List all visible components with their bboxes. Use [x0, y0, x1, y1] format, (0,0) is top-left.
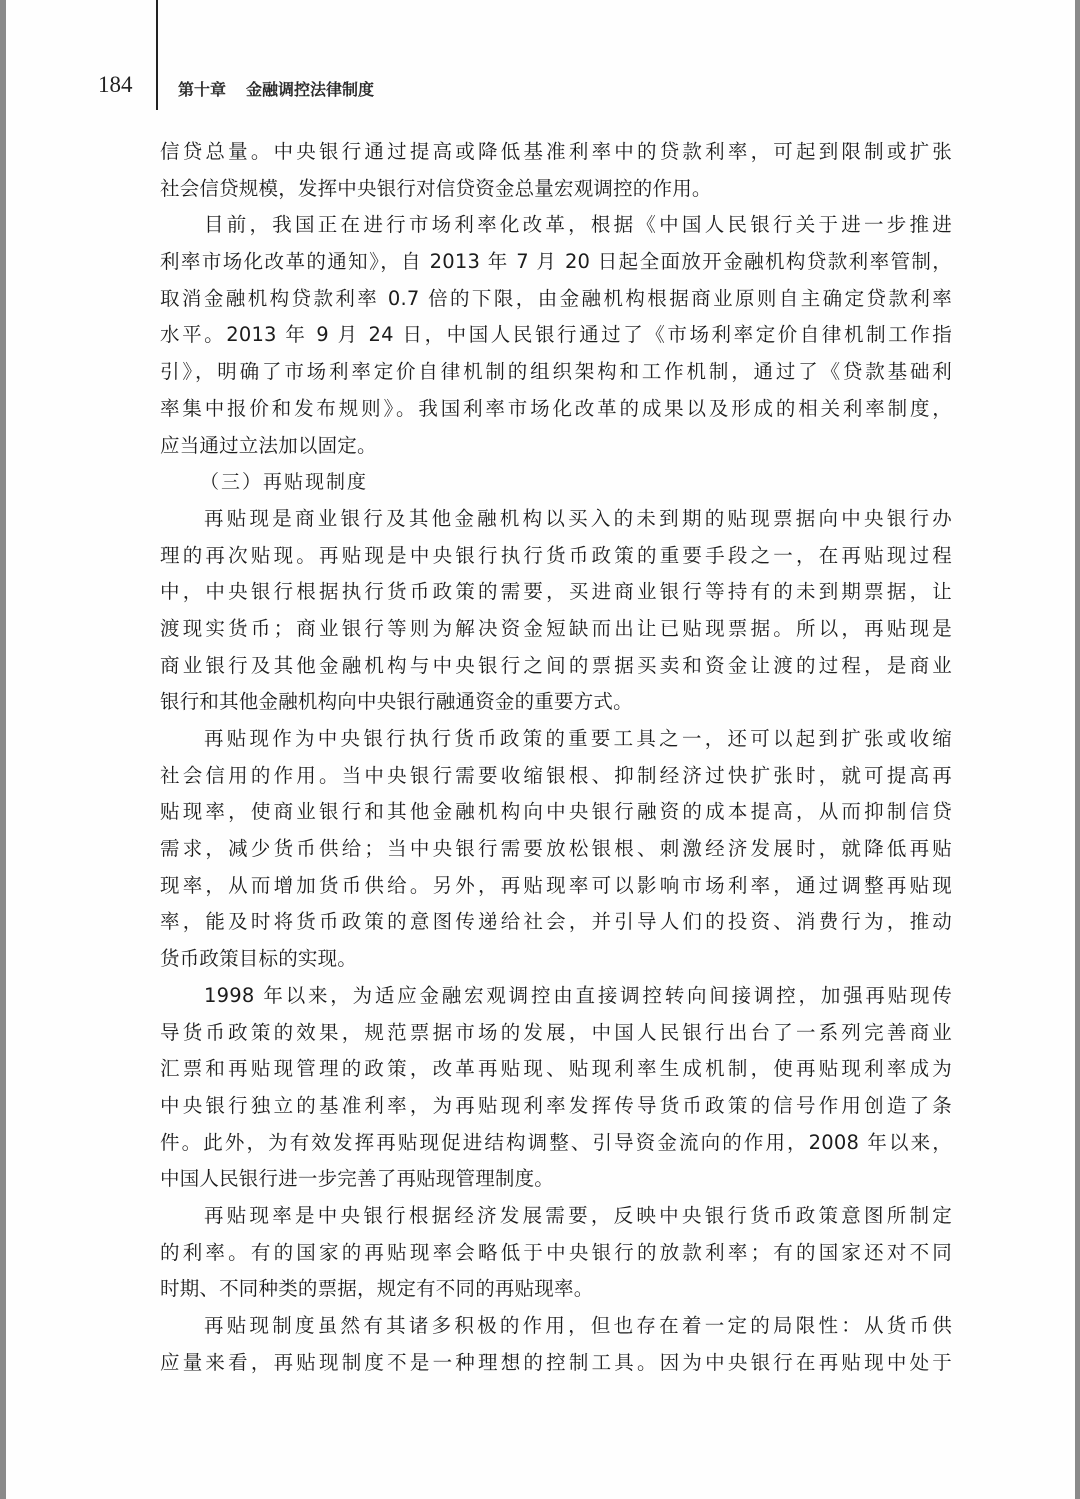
text-line: 商业银行及其他金融机构与中央银行之间的票据买卖和资金让渡的过程，是商业: [160, 648, 952, 685]
text-line: 需求，减少货币供给；当中央银行需要放松银根、刺激经济发展时，就降低再贴: [160, 831, 952, 868]
text-line: 时期、不同种类的票据，规定有不同的再贴现率。: [160, 1271, 952, 1308]
text-line: 目前，我国正在进行市场利率化改革，根据《中国人民银行关于进一步推进: [160, 207, 952, 244]
text-line: 水平。2013 年 9 月 24 日，中国人民银行通过了《市场利率定价自律机制工…: [160, 317, 952, 354]
text-line: 应量来看，再贴现制度不是一种理想的控制工具。因为中央银行在再贴现中处于: [160, 1345, 952, 1382]
text-line: 渡现实货币；商业银行等则为解决资金短缺而出让已贴现票据。所以，再贴现是: [160, 611, 952, 648]
text-line: 汇票和再贴现管理的政策，改革再贴现、贴现利率生成机制，使再贴现利率成为: [160, 1051, 952, 1088]
text-line: 1998 年以来，为适应金融宏观调控由直接调控转向间接调控，加强再贴现传: [160, 978, 952, 1015]
text-line: 取消金融机构贷款利率 0.7 倍的下限，由金融机构根据商业原则自主确定贷款利率: [160, 281, 952, 318]
text-line: 社会信用的作用。当中央银行需要收缩银根、抑制经济过快扩张时，就可提高再: [160, 758, 952, 795]
header-divider-rule: [156, 0, 158, 110]
text-line: 件。此外，为有效发挥再贴现促进结构调整、引导资金流向的作用，2008 年以来，: [160, 1125, 952, 1162]
text-line: 率集中报价和发布规则》。我国利率市场化改革的成果以及形成的相关利率制度，: [160, 391, 952, 428]
text-line: 再贴现率是中央银行根据经济发展需要，反映中央银行货币政策意图所制定: [160, 1198, 952, 1235]
text-line: 社会信贷规模，发挥中央银行对信贷资金总量宏观调控的作用。: [160, 171, 952, 208]
text-block-rediscount: 再贴现是商业银行及其他金融机构以买入的未到期的贴现票据向中央银行办理的再次贴现。…: [160, 501, 952, 1382]
text-line: 中国人民银行进一步完善了再贴现管理制度。: [160, 1161, 952, 1198]
text-line: 信贷总量。中央银行通过提高或降低基准利率中的贷款利率，可起到限制或扩张: [160, 134, 952, 171]
text-line: 理的再次贴现。再贴现是中央银行执行货币政策的重要手段之一，在再贴现过程: [160, 538, 952, 575]
text-line: 再贴现是商业银行及其他金融机构以买入的未到期的贴现票据向中央银行办: [160, 501, 952, 538]
text-line: 导货币政策的效果，规范票据市场的发展，中国人民银行出台了一系列完善商业: [160, 1015, 952, 1052]
text-line: 货币政策目标的实现。: [160, 941, 952, 978]
chapter-number: 第十章: [178, 80, 226, 99]
text-line: 的利率。有的国家的再贴现率会略低于中央银行的放款利率；有的国家还对不同: [160, 1235, 952, 1272]
text-line: 引》，明确了市场利率定价自律机制的组织架构和工作机制，通过了《贷款基础利: [160, 354, 952, 391]
text-line: 现率，从而增加货币供给。另外，再贴现率可以影响市场利率，通过调整再贴现: [160, 868, 952, 905]
text-line: 银行和其他金融机构向中央银行融通资金的重要方式。: [160, 684, 952, 721]
text-line: 贴现率，使商业银行和其他金融机构向中央银行融资的成本提高，从而抑制信贷: [160, 794, 952, 831]
text-line: 中央银行独立的基准利率，为再贴现利率发挥传导货币政策的信号作用创造了条: [160, 1088, 952, 1125]
text-line: 利率市场化改革的通知》，自 2013 年 7 月 20 日起全面放开金融机构贷款…: [160, 244, 952, 281]
running-head: 第十章金融调控法律制度: [178, 77, 374, 100]
page-number: 184: [98, 72, 133, 98]
text-block-interest-rate: 信贷总量。中央银行通过提高或降低基准利率中的贷款利率，可起到限制或扩张社会信贷规…: [160, 134, 952, 464]
scan-edge-right: [1075, 0, 1080, 1499]
text-line: 再贴现制度虽然有其诸多积极的作用，但也存在着一定的局限性：从货币供: [160, 1308, 952, 1345]
body-text: 信贷总量。中央银行通过提高或降低基准利率中的贷款利率，可起到限制或扩张社会信贷规…: [160, 134, 952, 1381]
text-line: 中，中央银行根据执行货币政策的需要，买进商业银行等持有的未到期票据，让: [160, 574, 952, 611]
section-heading: （三）再贴现制度: [160, 464, 952, 501]
text-line: 应当通过立法加以固定。: [160, 428, 952, 465]
chapter-title: 金融调控法律制度: [246, 80, 374, 99]
text-line: 率，能及时将货币政策的意图传递给社会，并引导人们的投资、消费行为，推动: [160, 904, 952, 941]
text-line: 再贴现作为中央银行执行货币政策的重要工具之一，还可以起到扩张或收缩: [160, 721, 952, 758]
